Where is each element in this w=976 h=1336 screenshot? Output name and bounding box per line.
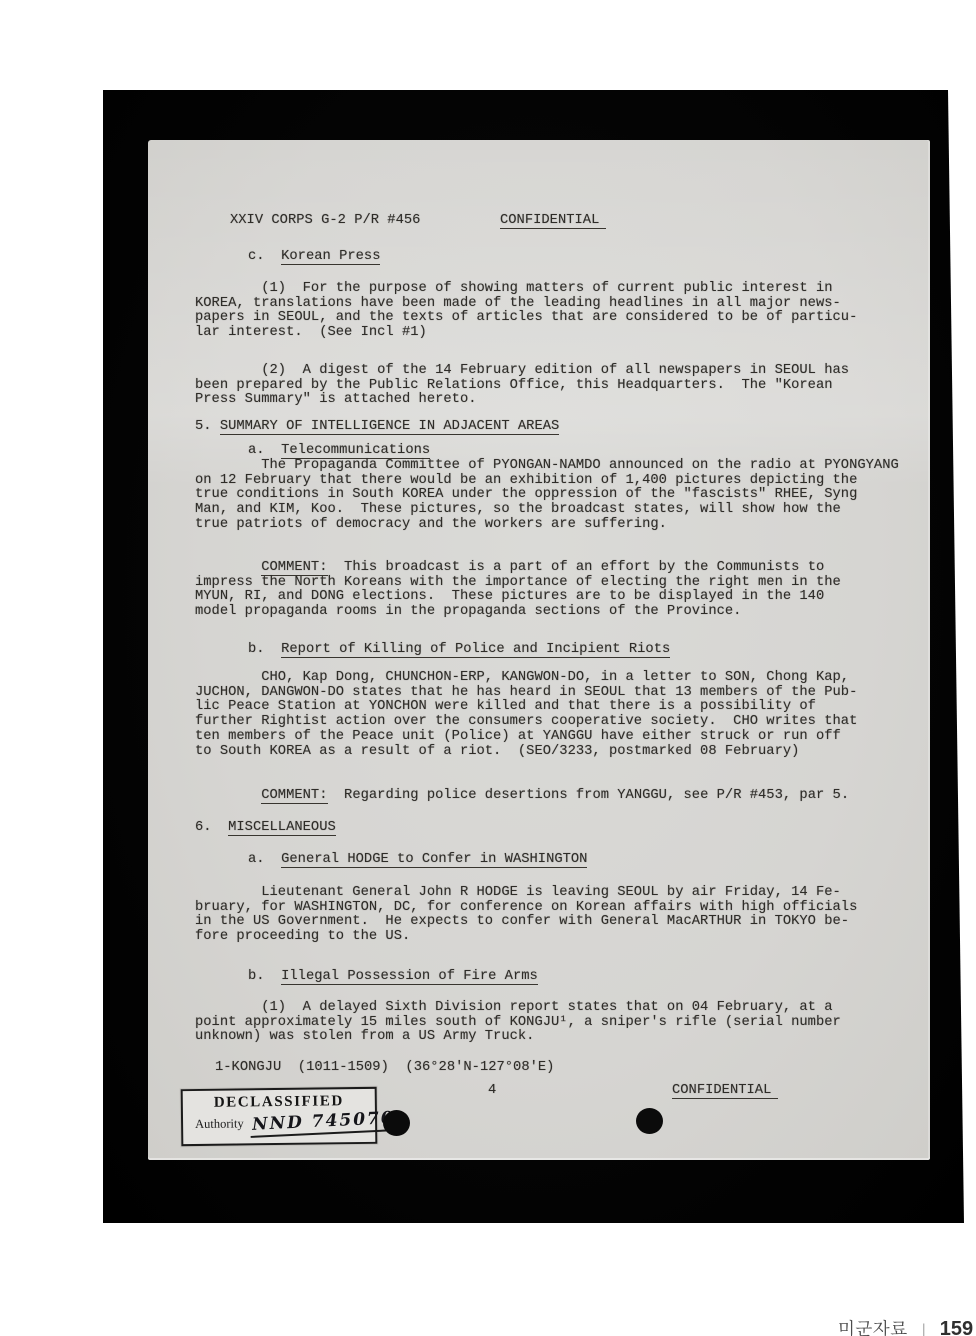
- heading-section-6: 6. MISCELLANEOUS: [195, 821, 336, 836]
- comment-label: COMMENT:: [261, 788, 327, 804]
- heading-label: 6.: [195, 820, 228, 835]
- caption-divider: |: [922, 1322, 926, 1336]
- paragraph-press-2: (2) A digest of the 14 February edition …: [195, 364, 849, 408]
- heading-police-riots: b. Report of Killing of Police and Incip…: [248, 643, 670, 658]
- caption-korean-label: 미군자료: [838, 1316, 908, 1336]
- heading-title: General HODGE to Confer in WASHINGTON: [281, 852, 587, 868]
- heading-title: Korean Press: [281, 249, 380, 265]
- classification-marking-bottom: CONFIDENTIAL: [672, 1084, 778, 1099]
- heading-title: SUMMARY OF INTELLIGENCE IN ADJACENT AREA…: [220, 419, 559, 435]
- comment-indent: [195, 560, 261, 575]
- book-caption: 미군자료 | 159: [838, 1316, 973, 1336]
- paragraph-comment-1: COMMENT: This broadcast is a part of an …: [195, 561, 841, 620]
- heading-firearms: b. Illegal Possession of Fire Arms: [248, 970, 538, 985]
- page-number: 4: [488, 1084, 496, 1099]
- heading-label: a.: [248, 852, 281, 867]
- punch-hole-right: [636, 1108, 663, 1134]
- heading-label: b.: [248, 642, 281, 657]
- heading-korean-press: c. Korean Press: [248, 250, 380, 265]
- caption-page-number: 159: [940, 1318, 973, 1336]
- paragraph-telecommunications: The Propaganda Committee of PYONGAN-NAMD…: [195, 459, 899, 533]
- classification-marking-top: CONFIDENTIAL: [500, 214, 606, 229]
- heading-title: MISCELLANEOUS: [228, 820, 336, 836]
- heading-title: Telecommunications: [281, 443, 430, 459]
- stamp-authority-number: NND 745070: [249, 1108, 399, 1138]
- comment-text: Regarding police desertions from YANGGU,…: [328, 788, 850, 803]
- paragraph-firearms: (1) A delayed Sixth Division report stat…: [195, 1001, 841, 1045]
- classification-text: CONFIDENTIAL: [672, 1083, 778, 1099]
- comment-indent: [195, 788, 261, 803]
- footnote-kongju: 1-KONGJU (1011-1509) (36°28'N-127°08'E): [215, 1061, 554, 1076]
- heading-title: Report of Killing of Police and Incipien…: [281, 642, 670, 658]
- heading-section-5: 5. SUMMARY OF INTELLIGENCE IN ADJACENT A…: [195, 420, 559, 435]
- paragraph-comment-2: COMMENT: Regarding police desertions fro…: [195, 789, 849, 804]
- heading-label: a.: [248, 443, 281, 458]
- paragraph-hodge: Lieutenant General John R HODGE is leavi…: [195, 886, 857, 945]
- document-paper: XXIV CORPS G-2 P/R #456 CONFIDENTIAL c. …: [148, 140, 930, 1160]
- heading-label: b.: [248, 969, 281, 984]
- stamp-authority-label: Authority: [195, 1116, 244, 1132]
- heading-hodge-washington: a. General HODGE to Confer in WASHINGTON: [248, 853, 587, 868]
- heading-label: c.: [248, 249, 281, 264]
- paragraph-press-1: (1) For the purpose of showing matters o…: [195, 282, 857, 341]
- scanned-document-page: XXIV CORPS G-2 P/R #456 CONFIDENTIAL c. …: [0, 0, 976, 1336]
- heading-telecommunications: a. Telecommunications: [248, 444, 430, 459]
- stamp-authority-row: Authority NND 745070: [183, 1110, 375, 1136]
- document-header-left: XXIV CORPS G-2 P/R #456: [230, 214, 420, 229]
- heading-title: Illegal Possession of Fire Arms: [281, 969, 538, 985]
- declassified-stamp: DECLASSIFIED Authority NND 745070: [181, 1087, 378, 1146]
- paragraph-police-riots: CHO, Kap Dong, CHUNCHON-ERP, KANGWON-DO,…: [195, 671, 857, 759]
- comment-label: COMMENT:: [261, 560, 327, 576]
- heading-label: 5.: [195, 419, 220, 434]
- punch-hole-left: [383, 1110, 410, 1136]
- classification-text: CONFIDENTIAL: [500, 213, 606, 229]
